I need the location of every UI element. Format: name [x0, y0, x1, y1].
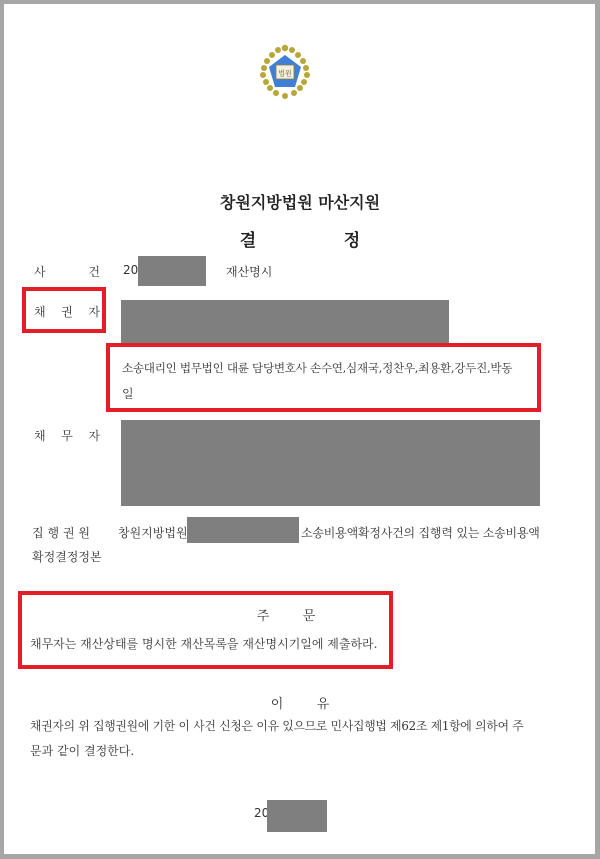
date-redaction	[267, 800, 327, 832]
attorney-line-2: 일	[122, 385, 134, 402]
enforcement-title-label: 집행권원	[32, 524, 90, 541]
case-type: 재산명시	[226, 263, 272, 280]
creditor-label: 채권자	[34, 303, 100, 320]
document-title: 결정	[0, 226, 600, 251]
enforcement-case-redaction	[187, 517, 299, 543]
order-text: 채무자는 재산상태를 명시한 재산목록을 재산명시기일에 제출하라.	[30, 635, 377, 652]
order-highlight	[18, 591, 393, 669]
order-heading: 주문	[240, 605, 332, 624]
case-number-redaction	[138, 256, 206, 286]
enforcement-description: 소송비용액확정사건의 집행력 있는 소송비용액	[301, 524, 540, 541]
creditor-redaction	[121, 300, 449, 343]
court-name: 창원지방법원 마산지원	[0, 190, 600, 213]
enforcement-description-line-2: 확정결정정본	[32, 548, 102, 565]
case-number-prefix: 20	[123, 263, 138, 277]
attorney-highlight	[106, 343, 541, 412]
attorney-line-1: 소송대리인 법무법인 대륜 담당변호사 손수연,심재국,정찬우,최용환,강두진,…	[122, 360, 512, 376]
enforcement-court: 창원지방법원	[118, 524, 188, 541]
court-emblem-icon: 법원	[255, 42, 315, 102]
debtor-label: 채무자	[34, 427, 100, 444]
reason-heading: 이유	[0, 693, 600, 712]
reason-line-2: 문과 같이 결정한다.	[30, 742, 134, 759]
debtor-redaction	[121, 420, 540, 506]
svg-text:법원: 법원	[278, 69, 292, 78]
case-label: 사건	[34, 263, 100, 280]
reason-line-1: 채권자의 위 집행권원에 기한 이 사건 신청은 이유 있으므로 민사집행법 제…	[30, 717, 524, 734]
